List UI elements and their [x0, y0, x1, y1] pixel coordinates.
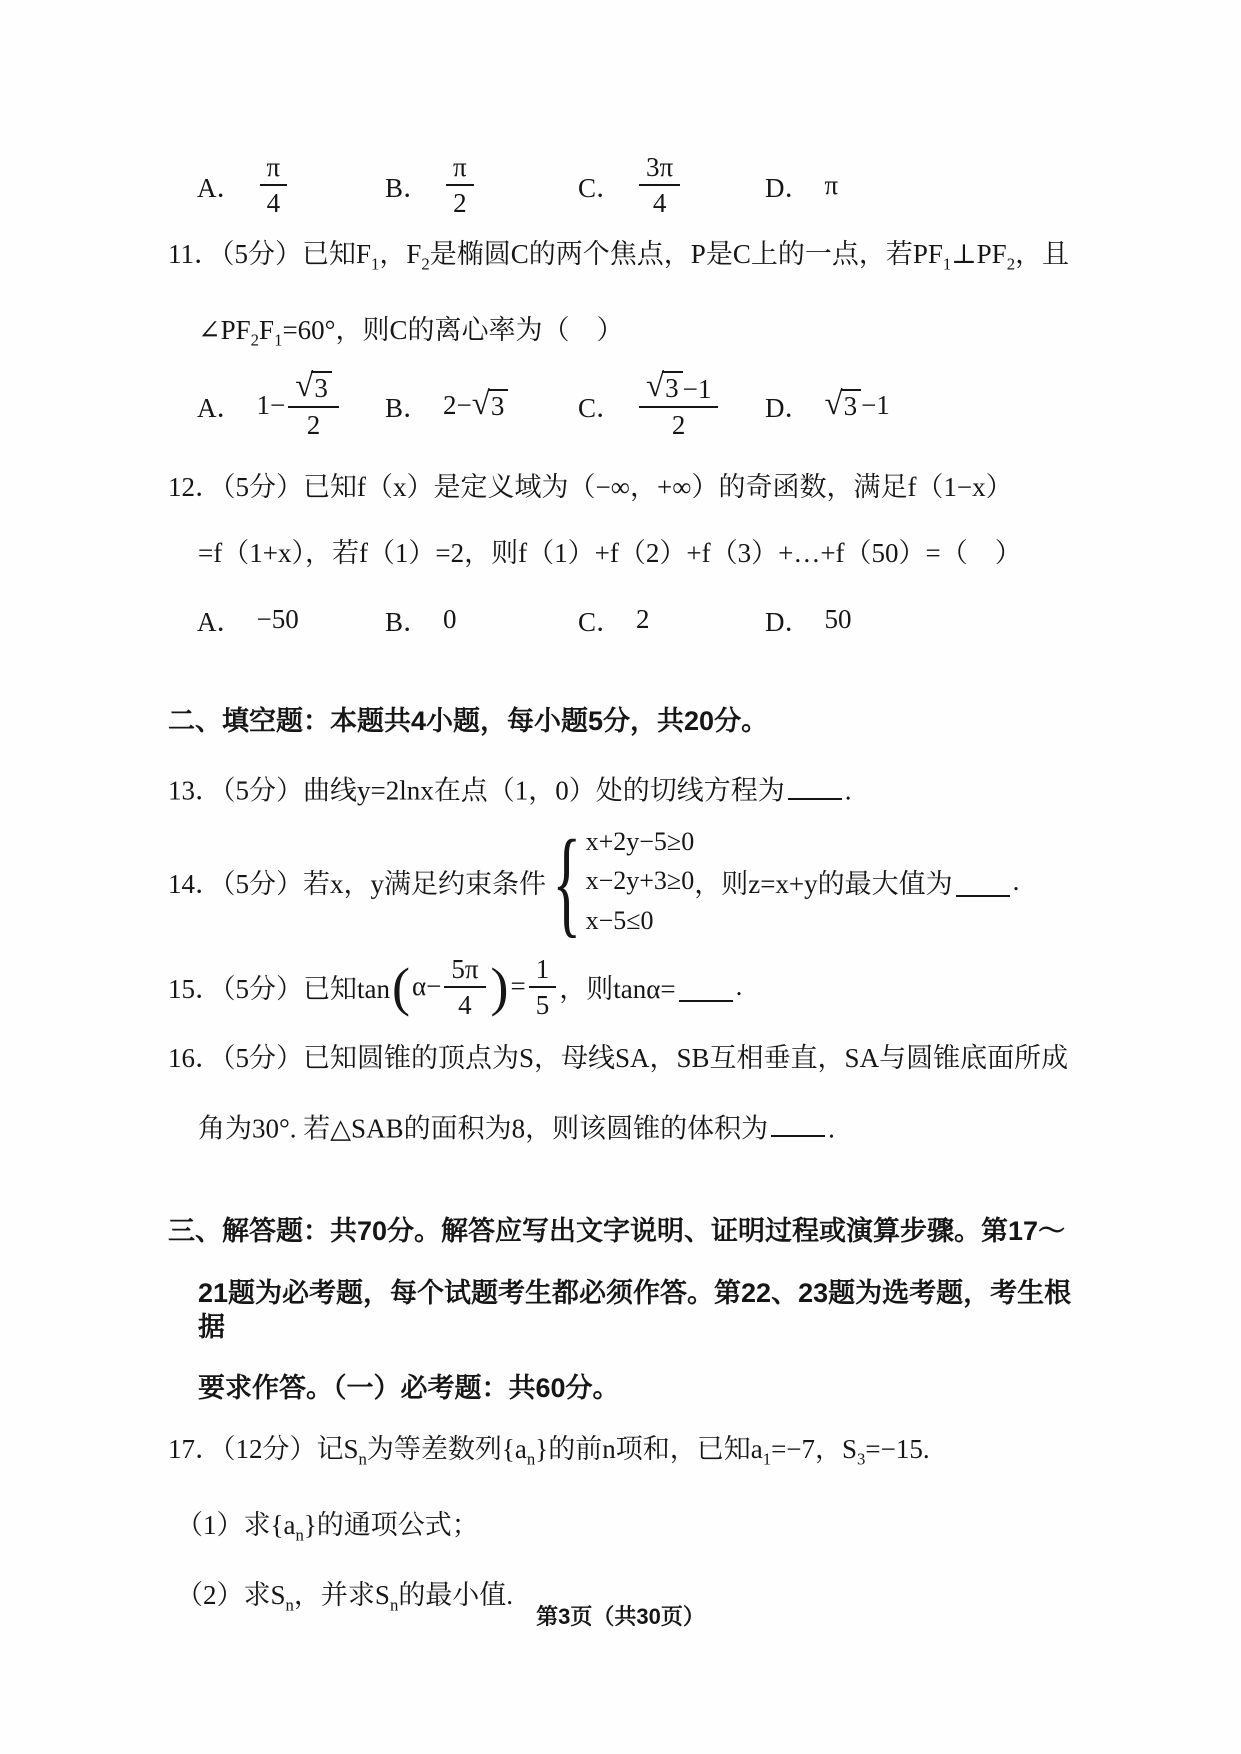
text-run: ，且	[1015, 239, 1069, 269]
option-label: B．	[385, 166, 430, 205]
q15-stem: 15．（5分）已知tan ( α− 5π 4 ) = 1 5 ，则tanα= .	[168, 954, 1093, 1020]
q17-stem: 17．（12分）记Sn为等差数列{an}的前n项和，已知a1=−7，S3=−15…	[168, 1433, 1093, 1475]
text-run: =−7，S	[771, 1434, 857, 1464]
text-run: 为等差数列{a	[367, 1434, 527, 1464]
text-run: 14．（5分）若x，y满足约束条件	[168, 862, 546, 901]
text-run: 17．（12分）记S	[168, 1434, 359, 1464]
sqrt-expression: √3	[825, 389, 862, 422]
fraction: √3 2	[288, 371, 339, 440]
option-label: D．	[765, 600, 812, 639]
text-run: （1）求{a	[176, 1510, 295, 1540]
option-value: π	[825, 170, 839, 201]
q10-option-a: A． π 4	[197, 152, 385, 218]
fraction-numerator: 5π	[444, 954, 485, 988]
text-run: 2−	[443, 390, 472, 421]
subscript: n	[359, 1450, 367, 1469]
q17-part1: （1）求{an}的通项公式；	[176, 1509, 1093, 1551]
fraction-numerator: π	[446, 152, 474, 186]
fraction-numerator: 3π	[639, 152, 680, 186]
q11-options-row: A． 1− √3 2 B． 2− √3 C． √3−1 2 D．	[168, 371, 1093, 440]
subscript: n	[527, 1450, 535, 1469]
q16-stem-line2: 角为30°. 若△SAB的面积为8，则该圆锥的体积为.	[198, 1107, 1093, 1144]
q14-stem: 14．（5分）若x，y满足约束条件 { x+2y−5≥0 x−2y+3≥0 x−…	[168, 822, 1093, 942]
option-label: D．	[765, 166, 812, 205]
answer-blank	[771, 1107, 825, 1137]
fraction-denominator: 4	[260, 186, 288, 218]
fraction-numerator: √3	[288, 371, 339, 408]
text-run: 13．（5分）曲线y=2lnx在点（1，0）处的切线方程为	[168, 776, 785, 806]
text-run: }的通项公式；	[304, 1510, 479, 1540]
text-run: ，则tanα=	[559, 967, 675, 1006]
option-label: A．	[197, 600, 244, 639]
text-run: −1	[861, 390, 890, 421]
sqrt-expression: √3	[295, 371, 332, 404]
text-run: =−15.	[865, 1434, 929, 1464]
text-run: 11．（5分）已知F	[168, 239, 371, 269]
text-run: α−	[412, 971, 441, 1002]
text-run: 1−	[257, 390, 286, 421]
section2-heading: 二、填空题：本题共4小题，每小题5分，共20分。	[168, 704, 1093, 738]
constraint-line: x−5≤0	[586, 906, 695, 937]
constraint-line: x+2y−5≥0	[586, 827, 695, 858]
page-footer: 第3页（共30页）	[0, 1600, 1241, 1631]
option-label: B．	[385, 600, 430, 639]
text-run: ，F	[379, 239, 421, 269]
fraction: √3−1 2	[639, 371, 718, 440]
text-run: 是椭圆C的两个焦点，P是C上的一点，若PF	[430, 239, 943, 269]
radicand: 3	[311, 371, 332, 404]
constraint-line: x−2y+3≥0	[586, 866, 695, 897]
text-run: 角为30°. 若△SAB的面积为8，则该圆锥的体积为	[198, 1113, 768, 1143]
option-label: D．	[765, 386, 812, 425]
fraction-denominator: 5	[529, 988, 557, 1020]
radicand: 3	[488, 389, 509, 422]
fraction-numerator: √3−1	[639, 371, 718, 408]
q10-options-row: A． π 4 B． π 2 C． 3π 4	[168, 152, 1093, 218]
q11-option-a: A． 1− √3 2	[197, 371, 385, 440]
radicand: 3	[841, 389, 862, 422]
q10-option-c: C． 3π 4	[578, 152, 765, 218]
option-label: A．	[197, 386, 244, 425]
fraction-denominator: 2	[446, 186, 474, 218]
section3-heading-line1: 三、解答题：共70分。解答应写出文字说明、证明过程或演算步骤。第17～	[168, 1214, 1093, 1248]
fraction: π 4	[260, 152, 288, 218]
option-label: C．	[578, 600, 623, 639]
option-label: B．	[385, 386, 430, 425]
text-run: −1	[683, 374, 712, 404]
q12-option-a: A． −50	[197, 600, 385, 639]
q12-stem-line1: 12．（5分）已知f（x）是定义域为（−∞，+∞）的奇函数，满足f（1−x）	[168, 471, 1093, 503]
answer-blank	[788, 769, 842, 799]
sqrt-expression: √3	[472, 389, 509, 422]
answer-blank	[956, 866, 1010, 896]
option-label: C．	[578, 386, 623, 425]
subscript: 2	[251, 330, 259, 349]
fraction: 3π 4	[639, 152, 680, 218]
text-run: =60°，则C的离心率为（ ）	[282, 315, 623, 345]
subscript: 1	[943, 255, 951, 274]
option-value: −50	[257, 604, 299, 635]
section3-heading-line3: 要求作答。（一）必考题：共60分。	[198, 1371, 1093, 1405]
option-value: 2	[636, 604, 650, 635]
text-run: 15．（5分）已知tan	[168, 967, 390, 1006]
fraction: π 2	[446, 152, 474, 218]
q11-stem-line2: ∠PF2F1=60°，则C的离心率为（ ）	[198, 314, 1093, 356]
text-run: .	[1013, 866, 1020, 897]
text-run: ∠PF	[198, 315, 251, 345]
subscript: 1	[763, 1450, 771, 1469]
radicand: 3	[662, 371, 683, 404]
q16-stem-line1: 16．（5分）已知圆锥的顶点为S，母线SA，SB互相垂直，SA与圆锥底面所成	[168, 1042, 1093, 1074]
text-run: =	[510, 971, 525, 1002]
option-value: 50	[825, 604, 852, 635]
fraction: 1 5	[529, 954, 557, 1020]
right-paren: )	[491, 960, 509, 1014]
fraction-numerator: 1	[529, 954, 557, 988]
q12-option-c: C． 2	[578, 600, 765, 639]
q12-stem-line2: =f（1+x），若f（1）=2，则f（1）+f（2）+f（3）+…+f（50）=…	[198, 537, 1093, 569]
q10-option-b: B． π 2	[385, 152, 578, 218]
exam-page: A． π 4 B． π 2 C． 3π 4	[0, 0, 1241, 1754]
section3-heading-line2: 21题为必考题，每个试题考生都必须作答。第22、23题为选考题，考生根据	[198, 1276, 1093, 1344]
answer-blank	[679, 972, 733, 1002]
subscript: 2	[1007, 255, 1015, 274]
fraction: 5π 4	[444, 954, 485, 1020]
option-label: C．	[578, 166, 623, 205]
exam-content: A． π 4 B． π 2 C． 3π 4	[168, 0, 1093, 1622]
option-label: A．	[197, 166, 244, 205]
text-run: ⊥PF	[951, 239, 1006, 269]
constraint-system: x+2y−5≥0 x−2y+3≥0 x−5≤0	[586, 827, 695, 937]
text-run: .	[828, 1113, 835, 1143]
text-run: }的前n项和，已知a	[535, 1434, 762, 1464]
fraction-denominator: 4	[646, 186, 674, 218]
text-run: .	[845, 776, 852, 806]
sqrt-expression: √3	[646, 371, 683, 404]
system-brace: {	[552, 822, 581, 942]
text-run: F	[259, 315, 274, 345]
fraction-denominator: 2	[300, 408, 328, 440]
left-paren: (	[392, 960, 410, 1014]
subscript: n	[295, 1525, 303, 1544]
q11-option-b: B． 2− √3	[385, 386, 578, 425]
fraction-numerator: π	[260, 152, 288, 186]
q10-option-d: D． π	[765, 166, 1093, 205]
text-run: ，则z=x+y的最大值为	[694, 862, 952, 901]
q12-options-row: A． −50 B． 0 C． 2 D． 50	[168, 600, 1093, 639]
fraction-denominator: 4	[451, 988, 479, 1020]
subscript: 2	[421, 255, 429, 274]
q12-option-b: B． 0	[385, 600, 578, 639]
text-run: .	[736, 971, 743, 1002]
q12-option-d: D． 50	[765, 600, 1093, 639]
option-value: 0	[443, 604, 457, 635]
q11-stem-line1: 11．（5分）已知F1，F2是椭圆C的两个焦点，P是C上的一点，若PF1⊥PF2…	[168, 238, 1093, 280]
q13-stem: 13．（5分）曲线y=2lnx在点（1，0）处的切线方程为.	[168, 769, 1093, 806]
q11-option-c: C． √3−1 2	[578, 371, 765, 440]
q11-option-d: D． √3 −1	[765, 386, 1093, 425]
fraction-denominator: 2	[665, 408, 693, 440]
